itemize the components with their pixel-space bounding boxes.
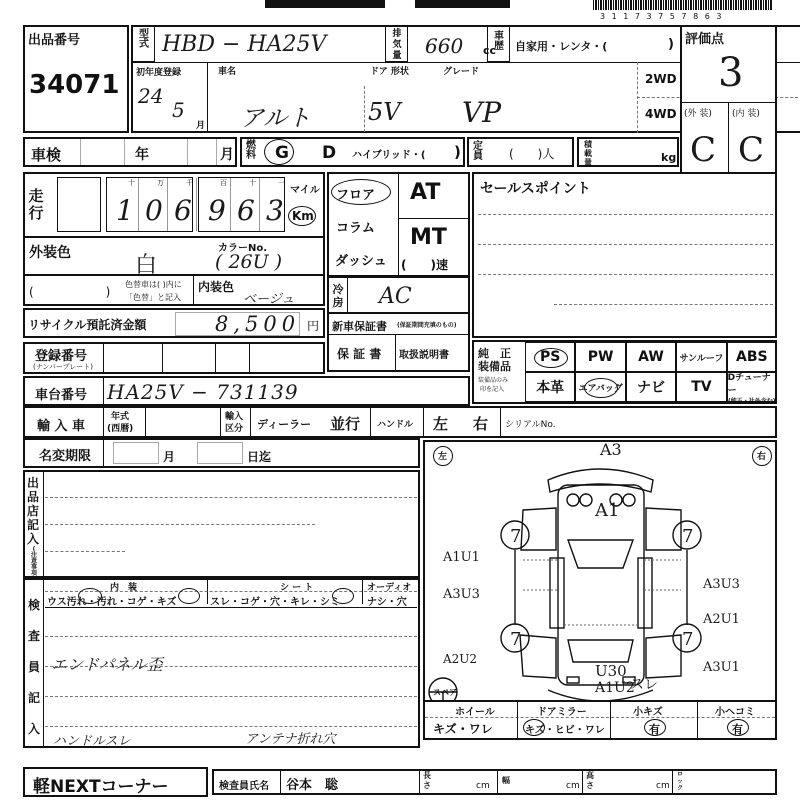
mileage-place-label: 千 [186,178,193,188]
seat-options[interactable]: スレ・コゲ・穴・キレ・シミ [210,593,340,608]
handle-left[interactable]: 左 [433,413,448,434]
handle-right[interactable]: 右 [473,413,488,434]
divider [347,278,348,312]
mileage-label: 走行 [28,188,44,222]
inspector-label: 検査員記入 [27,590,41,745]
ac-box: 冷房 AC [327,276,470,314]
divider [207,580,208,604]
barcode-digits: 3 1 1 7 3 7 5 7 8 6 3 [600,12,723,21]
lot-box: 出品番号 34071 [23,25,129,133]
audio-options[interactable]: ナシ・穴 [367,593,407,608]
damage-mark: A3U3 [443,587,480,602]
damage-mark: A2U2 [443,652,477,666]
divider [697,702,698,738]
door-shape-label: ドア 形状 [370,64,409,77]
corner-box: 軽NEXTコーナー [23,767,208,797]
spare-label: スペア [433,687,457,698]
lot-label: 出品番号 [28,29,80,48]
shift-dash[interactable]: ダッシュ [335,250,387,269]
tire-mark: 7 [510,629,521,650]
damage-mark: A2U1 [703,612,740,627]
damage-mark: A1U1 [443,550,480,565]
mileage-blank [57,177,101,232]
plate-box: 登録番号 (ナンバープレート) [23,342,325,374]
plate-field [103,344,163,372]
shift-column[interactable]: コラム [336,217,375,236]
inspector-name-box: 検査員氏名 谷本 聡 長さ cm 幅 cm 高さ cm ロック [212,769,777,795]
divider [500,408,501,436]
day-field [197,442,243,464]
inspector-note-2: ハンドルスレ [53,730,131,749]
damage-mark: A1U2 [595,680,635,696]
tire-mark: 7 [510,526,521,547]
tire-mark: 7 [682,629,693,650]
manual[interactable]: 取扱説明書 [399,346,449,361]
equipment-item[interactable]: PW [575,342,625,372]
divider [398,172,399,277]
exterior-color-box: 外装色 白 カラーNo. ( 26U ) [23,236,325,276]
header-title [265,0,385,8]
grade-label: グレード [443,64,479,77]
recycle-value: 8,500 [215,312,300,336]
divider [43,580,44,746]
sales-point-box: セールスポイント [472,172,777,338]
seller-notes-box: 出品店記入 (注意事項) [23,470,420,578]
divider [103,378,104,404]
month-field [113,442,159,464]
divider [220,408,221,436]
equipment-item[interactable]: 本革 [525,372,575,402]
fuel-hybrid[interactable]: ハイブリッド・( [352,146,425,161]
floor-circle [331,179,391,205]
drive-4wd[interactable]: 4WD [645,107,677,121]
first-reg-year: 24 [138,84,163,108]
ac-value: AC [379,284,412,309]
km-circle [288,206,316,226]
interior-options[interactable]: ウス汚れ・汚れ・コゲ・キズ [47,593,177,608]
inspector-note-3: アンテナ折れ穴 [245,728,335,747]
score-label: 評価点 [685,28,724,47]
divider [370,408,371,436]
mileage-digit: 3 [266,194,284,227]
first-reg-unit: 月 [196,118,205,131]
equipment-item[interactable]: サンルーフ [676,342,726,372]
mileage-digit: 6 [237,194,255,227]
history-close: ) [668,37,674,52]
shift-speed: ( )速 [401,256,448,273]
damage-mark: A3 [600,440,622,459]
interior-scratch-circle [178,588,200,604]
divider [103,408,104,436]
lot-number: 34071 [29,70,119,100]
divider [672,771,673,793]
corner-label: 軽NEXTコーナー [33,772,169,797]
equipment-item[interactable]: Dチューナー(純正・社外含む) [727,372,777,402]
divider [329,334,468,335]
recycle-box: リサイクル預託済金額 8,500 円 [23,308,325,338]
small-damage-box: ホイール ドアミラー 小キズ 小ヘコミ キズ・ワレ キズ・ヒビ・ワレ 有 有 [423,700,777,740]
header-title [415,0,510,8]
grade-value: VP [462,96,501,129]
inspection-month-field [187,139,217,165]
divider [145,408,146,436]
divider [610,702,611,738]
car-name-label: 車名 [218,64,236,77]
chassis-box: 車台番号 HA25V − 731139 [23,376,470,406]
door-shape-value: 5V [368,98,401,126]
model-label-cell: 型式 [132,26,155,62]
interior-color-label: 内装色 [198,278,234,295]
name-change-box: 名変期限 月 日迄 [23,438,420,468]
fuel-d[interactable]: D [322,143,336,163]
warranty-box: 新車保証書 (保証期間充填のもの) 保 証 書 取扱説明書 [327,312,470,372]
equipment-item[interactable]: AW [626,342,676,372]
tire-mark: 7 [682,526,693,547]
model-value: HBD − HA25V [162,32,326,57]
color-number: ( 26U ) [215,251,282,273]
warranty-doc[interactable]: 保 証 書 [337,345,381,362]
car-name-value: アルト [240,98,311,133]
divider [582,771,583,793]
capacity-box: 定員 ( )人 [467,137,574,167]
damage-mark: U30 [595,662,627,680]
damage-mark: A3U3 [703,577,740,592]
interior-dirty-circle [78,588,102,604]
fuel-g-circle [264,139,294,165]
repaint-box: ( ) 色替車は( )内に 「色替」と記入 内装色 ベージュ [23,274,325,306]
mileage-place-label: 十 [128,178,135,188]
seat-stain-circle [332,588,354,604]
equipment-item[interactable]: PS [525,342,575,372]
divider [193,276,194,306]
mileage-place-label: 百 [220,178,227,188]
equipment-item[interactable]: ナビ [626,372,676,402]
divider [497,771,498,793]
score-exterior-label: (外 装) [684,106,712,119]
divider [419,771,420,793]
divider [517,702,518,738]
mileage-digit: 9 [208,194,226,227]
mileage-place-label: 十 [249,178,256,188]
divider [364,86,365,132]
divider [45,607,417,608]
history-options[interactable]: 自家用・レンタ・( [515,38,607,54]
equipment-item[interactable]: TV [676,372,726,402]
import-parallel[interactable]: 並行 [330,413,360,434]
equipment-item[interactable]: ABS [727,342,777,372]
inspector-box: 内 装 シ ー ト オーディオ ウス汚れ・汚れ・コゲ・キズ スレ・コゲ・穴・キレ… [23,578,420,748]
score-interior: C [738,130,764,170]
divider [280,771,281,793]
mileage-place-label: 万 [157,178,164,188]
divider [43,472,44,576]
import-box: 輸 入 車 年式 (西暦) 輸入 区分 ディーラー 並行 ハンドル 左 右 シリ… [23,406,777,438]
divider [728,102,729,175]
chassis-value: HA25V − 731139 [107,380,299,404]
first-reg-month: 5 [172,98,185,122]
divider [103,440,104,466]
inspection-box: 車検 年 月 [23,137,237,167]
divider [250,408,251,436]
divider [423,408,424,436]
divider [395,334,396,370]
displacement-value: 660 [425,34,463,58]
interior-color-value: ベージュ [243,288,294,307]
divider [398,218,470,219]
inspection-year-field [80,139,125,165]
plate-field [215,344,250,372]
inspector-note-1: エンドパネル歪 [51,652,163,675]
divider [362,580,363,604]
score-interior-label: (内 装) [732,106,760,119]
mileage-mile[interactable]: マイル [290,181,320,196]
displacement-label-cell: 排気量 [385,26,408,62]
mileage-digit: 0 [145,194,163,227]
mileage-place-label: 一 [278,178,285,188]
equipment-item[interactable]: エアバッグ [575,372,625,402]
damage-mark: スレ [630,674,658,694]
shift-mt[interactable]: MT [410,225,447,250]
damage-mark: A1 [595,500,619,521]
load-box: 積載量 kg [577,137,679,167]
shift-at[interactable]: AT [410,180,440,205]
score-value: 3 [718,50,743,96]
barcode [593,0,773,10]
damage-diagram: 左 右 A3A1A1U1A3U3A2U2A3U3A2U1A3U1U30A1U2ス… [423,440,777,702]
inspector-name: 谷本 聡 [286,774,338,793]
wheel-options[interactable]: キズ・ワレ [433,720,493,737]
mileage-digit: 1 [116,194,134,227]
mileage-digit: 6 [174,194,192,227]
history-label-cell: 車歴 [487,26,510,62]
damage-mark: A3U1 [703,660,740,675]
import-dealer[interactable]: ディーラー [257,416,311,432]
drive-2wd[interactable]: 2WD [645,72,677,86]
score-exterior: C [690,130,716,170]
